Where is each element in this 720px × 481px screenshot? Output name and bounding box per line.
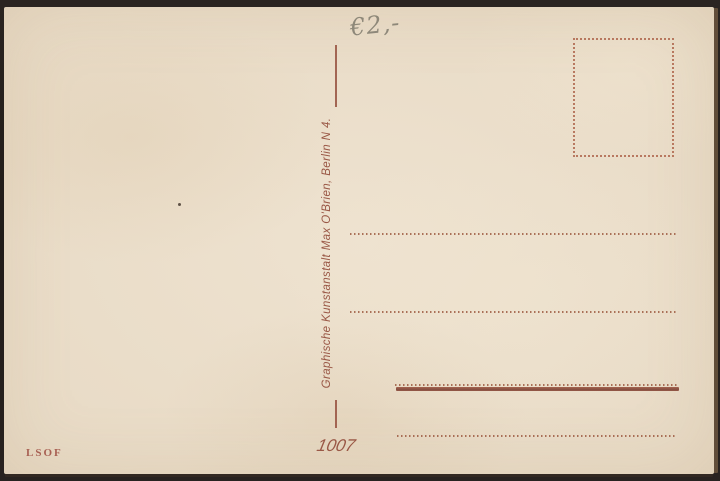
pencil-price-annotation: €2,-	[349, 8, 402, 41]
center-divider-top-line	[335, 45, 337, 107]
address-line-1	[350, 233, 676, 235]
publisher-imprint-vertical-text: Graphische Kunstanstalt Max O'Brien, Ber…	[321, 108, 338, 398]
scan-background: { "postcard": { "price_annotation": "€2,…	[0, 0, 720, 481]
address-line-3	[395, 384, 678, 386]
center-divider-bottom-line	[335, 400, 337, 428]
printer-code: LSOF	[26, 447, 63, 459]
address-heavy-rule	[396, 387, 679, 391]
postcard-back: €2,- Graphische Kunstanstalt Max O'Brien…	[4, 7, 714, 474]
paper-speck	[178, 203, 181, 206]
address-line-2	[350, 311, 676, 313]
card-number: 1007	[306, 436, 366, 456]
address-line-4	[397, 435, 677, 437]
stamp-box	[573, 38, 674, 157]
